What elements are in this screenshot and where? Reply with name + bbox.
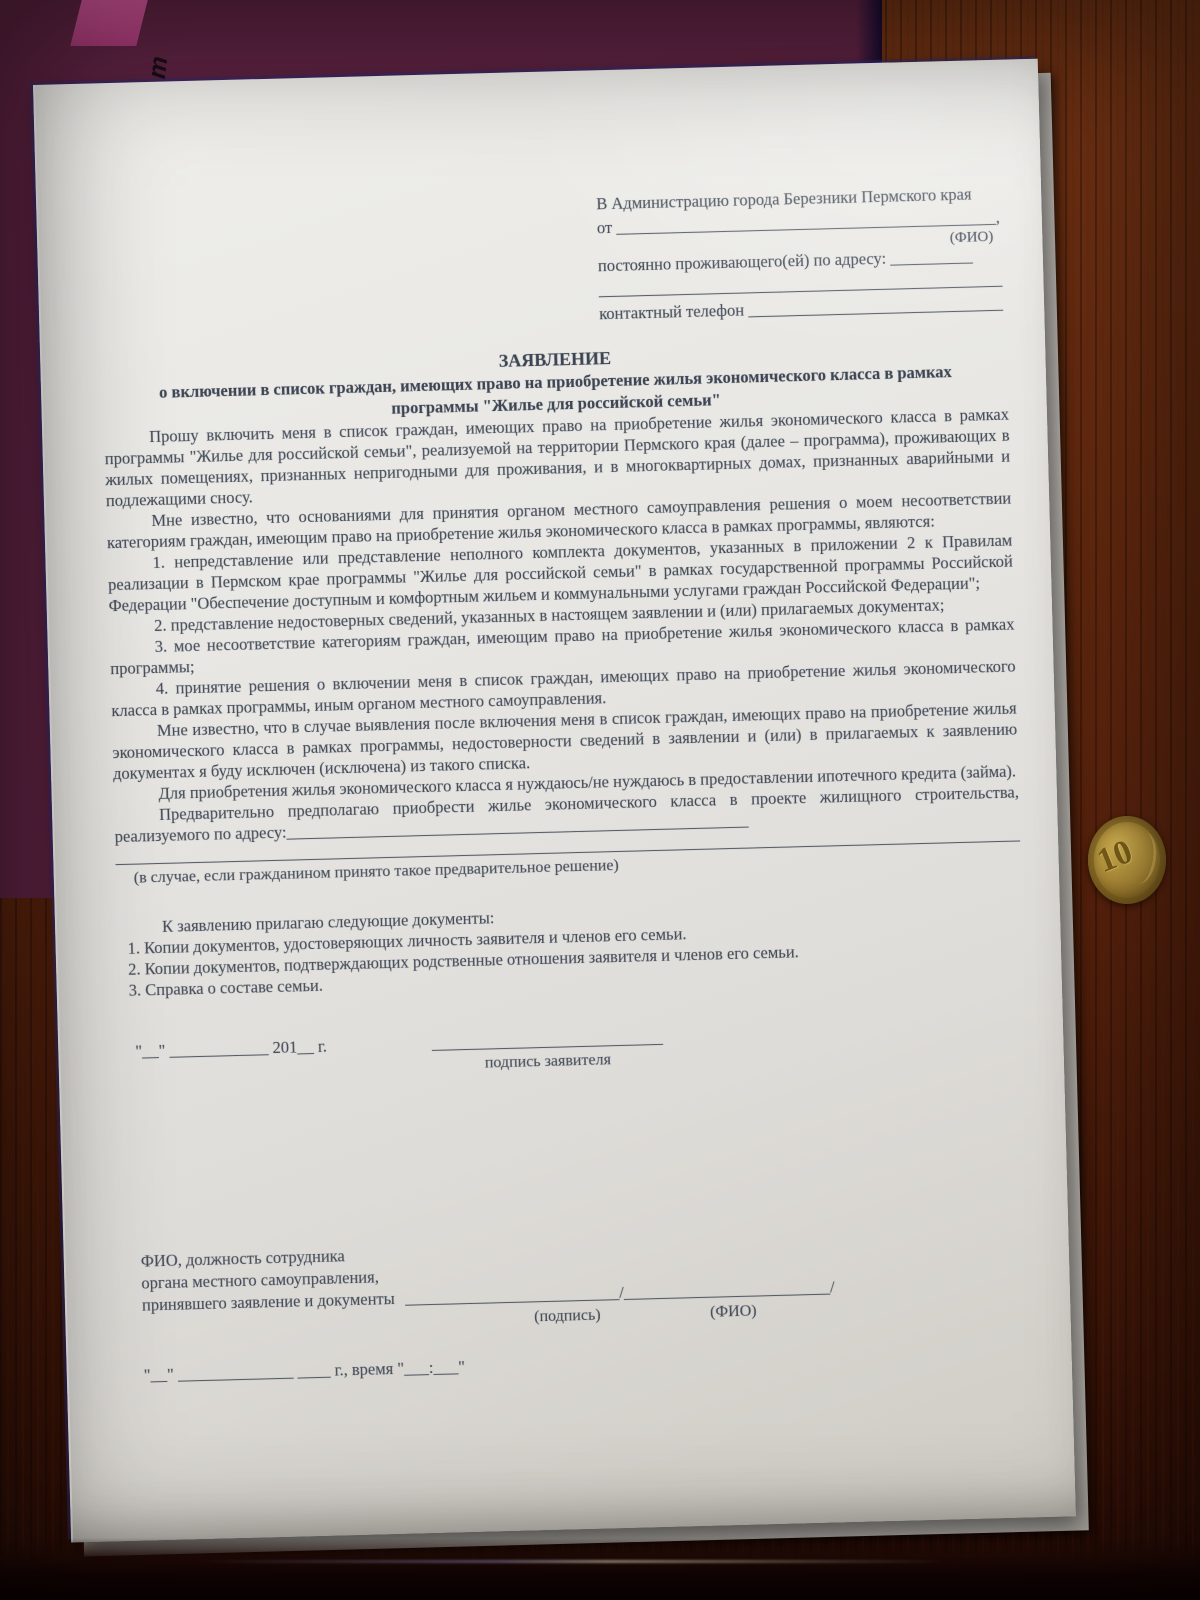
date-signature-row: "__" ____________ 201__ г. _____________… (135, 1017, 1026, 1082)
application-form-sheet: В Администрацию города Березники Пермско… (33, 59, 1076, 1543)
footer-date-time-blank: "__" ______________ ____ г., время "___:… (144, 1341, 1034, 1385)
official-block: ФИО, должность сотрудника органа местног… (141, 1227, 1033, 1338)
photo-scene: Lam В Администрацию города Березники Пер… (0, 0, 1200, 1600)
recipient-block: В Администрацию города Березники Пермско… (596, 182, 1003, 327)
signature-blank-line: ____________________________ (432, 1027, 663, 1054)
pink-folder-tab (70, 0, 147, 46)
coin: 10 (1088, 816, 1166, 904)
signature-caption: подпись заявителя (485, 1049, 612, 1073)
date-blank: "__" ____________ 201__ г. (135, 1036, 327, 1062)
desk-edge-gloss (190, 1560, 950, 1563)
official-fio-caption: (ФИО) (658, 1299, 809, 1325)
document-content: В Администрацию города Березники Пермско… (95, 60, 1034, 1386)
signature-block: ____________________________ подпись зая… (432, 1027, 664, 1075)
official-sign-caption: (подпись) (482, 1303, 653, 1329)
desk-edge (0, 1538, 1200, 1600)
coin-value: 10 (1092, 833, 1138, 881)
